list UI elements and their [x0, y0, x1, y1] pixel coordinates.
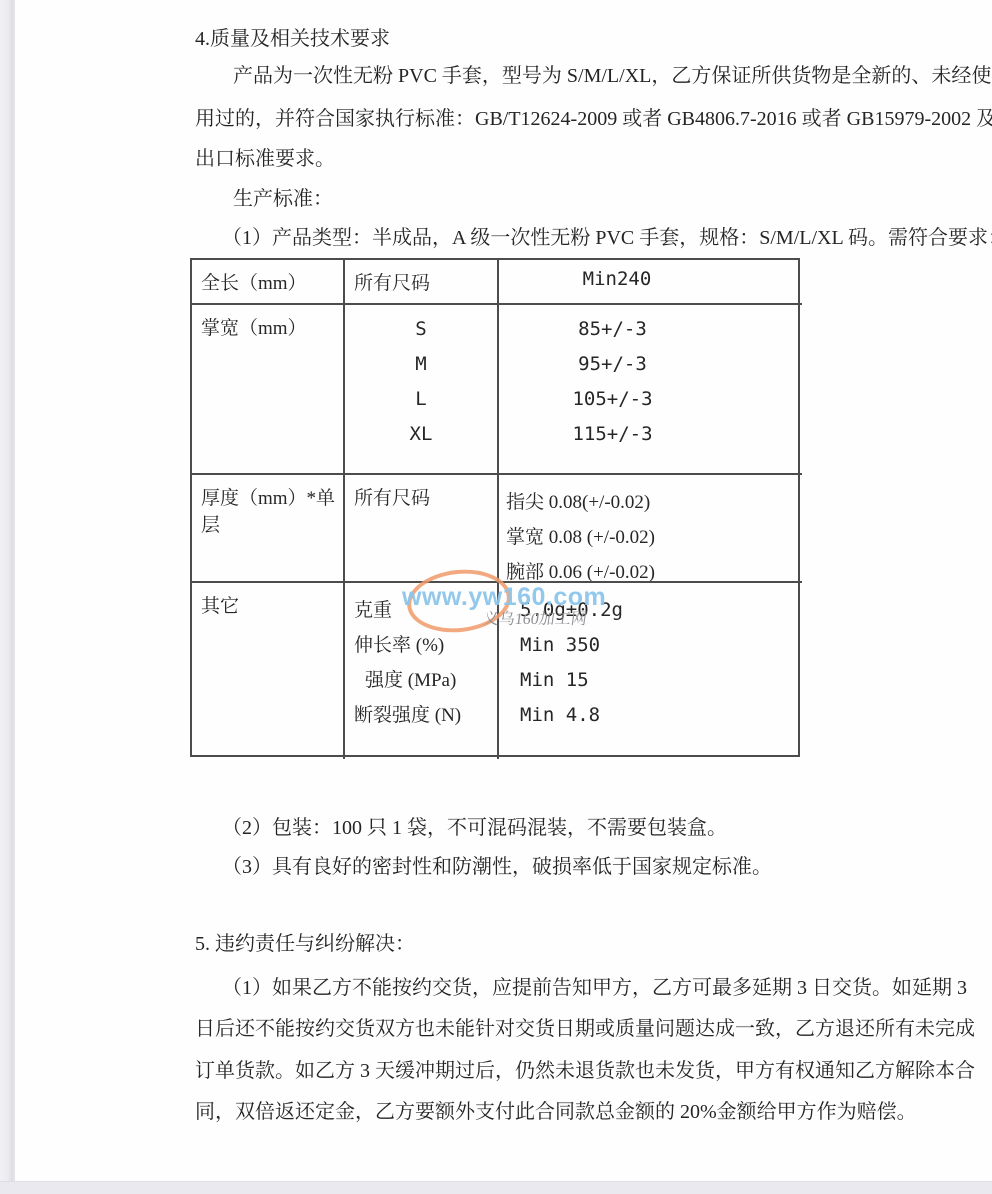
value-line: 105+/-3	[499, 382, 726, 417]
value-line: 掌宽 0.08 (+/-0.02)	[506, 520, 802, 555]
size-line: 断裂强度 (N)	[354, 698, 497, 733]
value-line: 115+/-3	[499, 417, 726, 452]
table-cell-param: 掌宽（mm）	[192, 305, 345, 475]
table-cell-size: 所有尺码	[345, 475, 499, 583]
paragraph-line: （1）如果乙方不能按约交货，应提前告知甲方，乙方可最多延期 3 日交货。如延期 …	[222, 976, 967, 1000]
table-cell-size: 所有尺码	[345, 260, 499, 305]
value-line: 腕部 0.06 (+/-0.02)	[506, 555, 802, 583]
value-line: 85+/-3	[499, 312, 726, 347]
value-line: Min 4.8	[520, 698, 802, 733]
value-line: 5.0g±0.2g	[520, 593, 802, 628]
paragraph-line: 出口标准要求。	[195, 147, 335, 171]
value-line: 指尖 0.08(+/-0.02)	[506, 485, 802, 520]
section5-heading: 5. 违约责任与纠纷解决：	[195, 932, 415, 956]
spec-table: 全长（mm） 所有尺码 Min240 掌宽（mm） S M L XL 85+/-…	[190, 258, 800, 757]
scan-bottom-edge	[0, 1181, 992, 1194]
table-cell-values: 5.0g±0.2g Min 350 Min 15 Min 4.8	[499, 583, 802, 759]
paragraph-line: 订单货款。如乙方 3 天缓冲期过后，仍然未退货款也未发货，甲方有权通知乙方解除本…	[195, 1059, 975, 1083]
size-line: 克重	[354, 593, 497, 628]
table-cell-sizes: S M L XL	[345, 305, 499, 475]
value-line: Min 15	[520, 663, 802, 698]
paragraph-line: （3）具有良好的密封性和防潮性，破损率低于国家规定标准。	[222, 855, 772, 879]
paragraph-line: 用过的，并符合国家执行标准：GB/T12624-2009 或者 GB4806.7…	[195, 107, 992, 131]
paragraph-line: 日后还不能按约交货双方也未能针对交货日期或质量问题达成一致，乙方退还所有未完成	[195, 1017, 975, 1041]
scan-left-edge-line	[13, 0, 15, 1194]
size-line: 伸长率 (%)	[354, 628, 497, 663]
size-line: M	[345, 347, 497, 382]
table-cell-param: 厚度（mm）*单层	[192, 475, 345, 583]
table-cell-param: 其它	[192, 583, 345, 759]
table-cell-values: 指尖 0.08(+/-0.02) 掌宽 0.08 (+/-0.02) 腕部 0.…	[499, 475, 802, 583]
table-cell-param: 全长（mm）	[192, 260, 345, 305]
value-line: Min 350	[520, 628, 802, 663]
scan-left-edge	[0, 0, 13, 1194]
paragraph-line: （1）产品类型：半成品，A 级一次性无粉 PVC 手套，规格：S/M/L/XL …	[222, 226, 992, 250]
paragraph-line: 同，双倍返还定金，乙方要额外支付此合同款总金额的 20%金额给甲方作为赔偿。	[195, 1100, 917, 1124]
size-line: 强度 (MPa)	[354, 663, 497, 698]
size-line: S	[345, 312, 497, 347]
table-cell-values: 85+/-3 95+/-3 105+/-3 115+/-3	[499, 305, 802, 475]
table-cell-value: Min240	[499, 260, 802, 305]
size-line: XL	[345, 417, 497, 452]
section4-heading: 4.质量及相关技术要求	[195, 27, 390, 51]
paragraph-line: 产品为一次性无粉 PVC 手套，型号为 S/M/L/XL，乙方保证所供货物是全新…	[233, 64, 991, 88]
size-line: L	[345, 382, 497, 417]
paragraph-line: 生产标准：	[233, 187, 333, 211]
paragraph-line: （2）包装：100 只 1 袋，不可混码混装，不需要包装盒。	[222, 816, 727, 840]
value-line: 95+/-3	[499, 347, 726, 382]
table-cell-sizes: 克重 伸长率 (%) 强度 (MPa) 断裂强度 (N)	[345, 583, 499, 759]
